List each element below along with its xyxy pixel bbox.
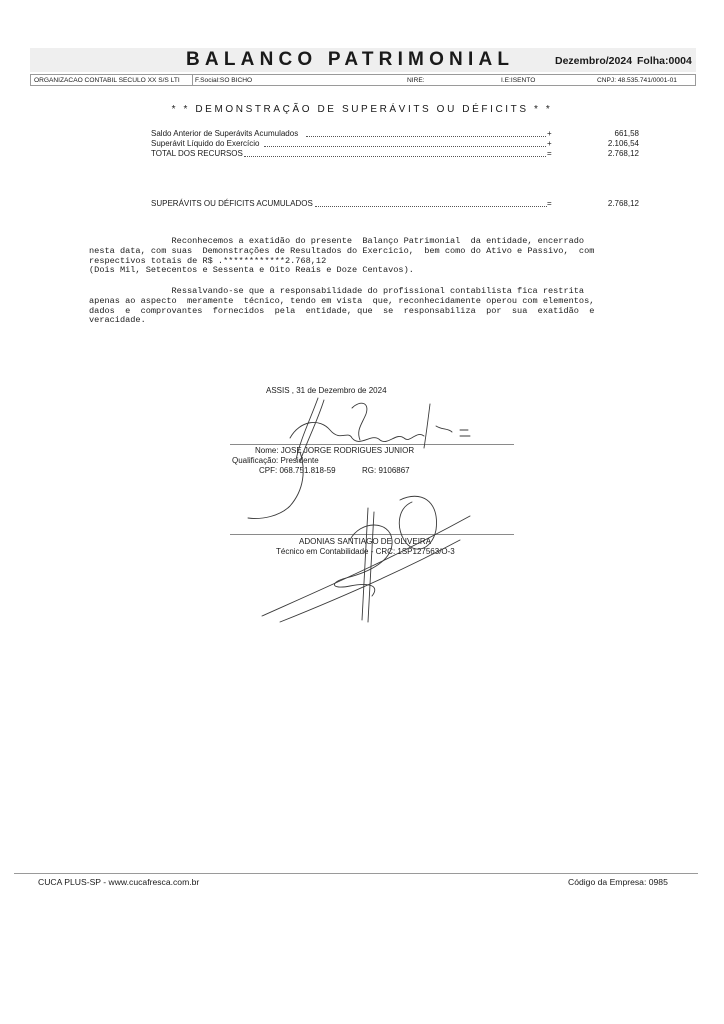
software-credit: CUCA PLUS-SP - www.cucafresca.com.br [38, 877, 199, 887]
company-code: Código da Empresa: 0985 [568, 877, 668, 887]
footer-divider [14, 873, 698, 874]
handwritten-signature-icon [0, 0, 724, 1024]
